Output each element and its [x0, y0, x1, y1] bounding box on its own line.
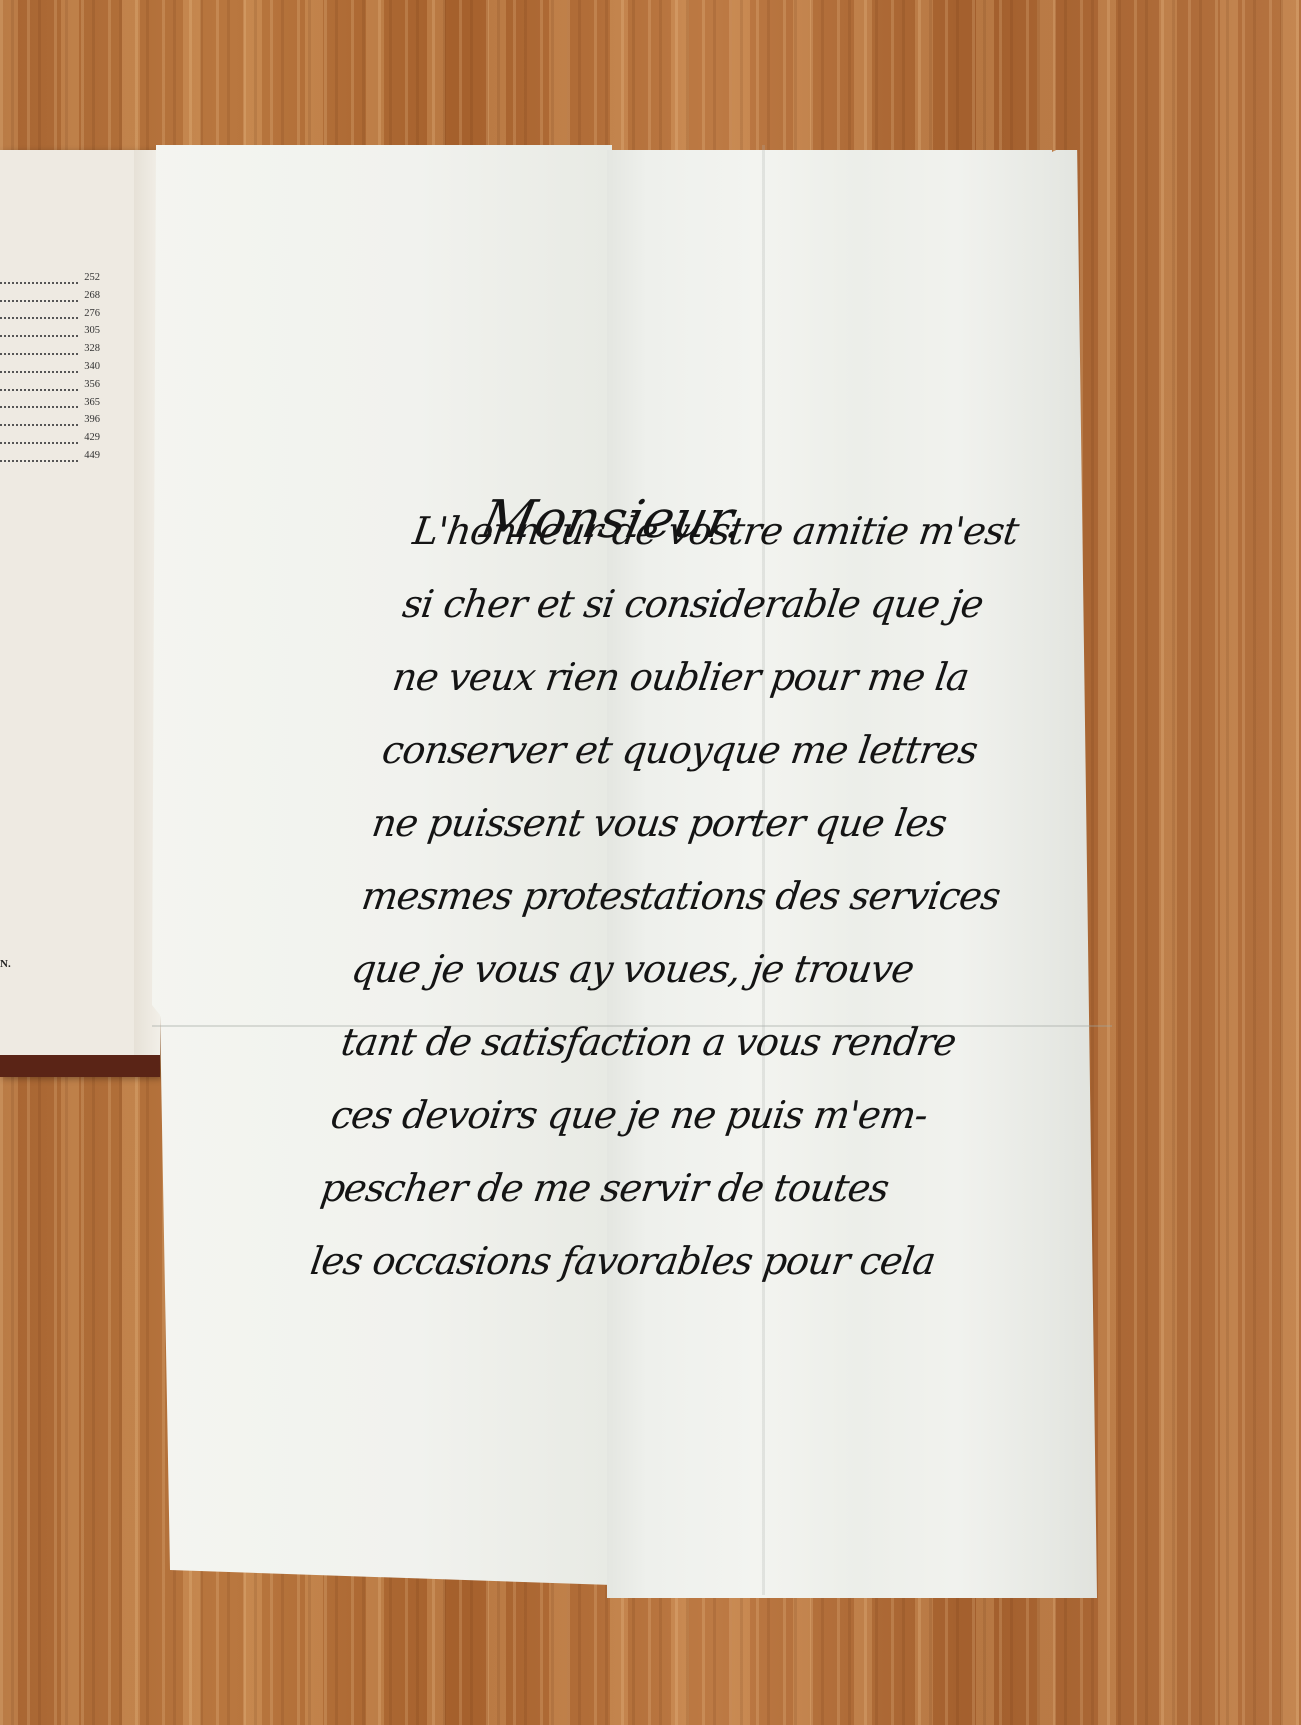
toc-row: 365 — [0, 397, 100, 415]
toc-row: 268 — [0, 290, 100, 308]
toc-row: 396 — [0, 414, 100, 432]
letter-line: pescher de me servir de toutes — [316, 1152, 964, 1225]
toc-row: 429 — [0, 432, 100, 450]
letter-line: si cher et si considerable que je — [398, 568, 1046, 641]
toc-row: 328 — [0, 343, 100, 361]
letter-line: tant de satisfaction a vous rendre — [336, 1006, 984, 1079]
letter-line: les occasions favorables pour cela — [306, 1225, 954, 1298]
letter-body: L'honneur de vostre amitie m'est si cher… — [306, 495, 1056, 1298]
table-of-contents: 252 268 276 305 328 340 356 365 396 429 … — [0, 272, 100, 468]
letter-line: mesmes protestations des services — [357, 860, 1005, 933]
toc-row: 356 — [0, 379, 100, 397]
letter-line: ces devoirs que je ne puis m'em- — [326, 1079, 974, 1152]
letter-line: ne puissent vous porter que les — [367, 787, 1015, 860]
letter-line: que je vous ay voues, je trouve — [347, 933, 995, 1006]
letter-line: conserver et quoyque me lettres — [377, 714, 1025, 787]
toc-row: 449 — [0, 450, 100, 468]
toc-row: 252 — [0, 272, 100, 290]
toc-row: 276 — [0, 308, 100, 326]
handwritten-letter: Monsieur. L'honneur de vostre amitie m'e… — [122, 145, 1112, 1605]
letter-line: ne veux rien oublier pour me la — [388, 641, 1036, 714]
toc-row: 340 — [0, 361, 100, 379]
page-footer-fragment: N. — [0, 958, 11, 970]
letter-line: L'honneur de vostre amitie m'est — [408, 495, 1056, 568]
toc-row: 305 — [0, 325, 100, 343]
